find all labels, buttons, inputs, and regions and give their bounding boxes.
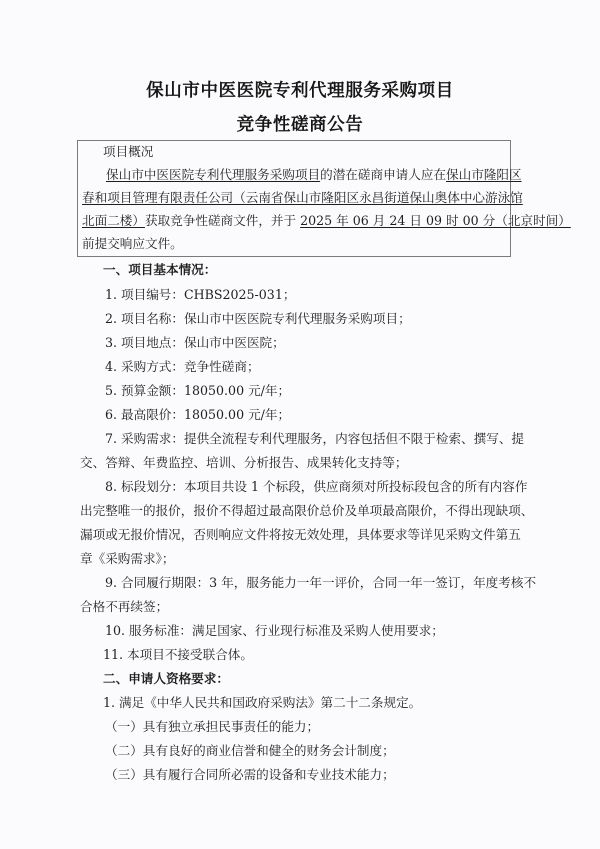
overview-line-2: 春和项目管理有限责任公司（云南省保山市隆阳区永昌街道保山奥体中心游泳馆: [82, 190, 523, 206]
section1-item-7: 7. 采购需求：提供全流程专利代理服务，内容包括但不限于检索、撰写、提: [105, 431, 524, 447]
overview-text-2: 获取竞争性磋商文件，并于: [145, 213, 300, 228]
section1-item-5: 5. 预算金额：18050.00 元/年；: [105, 383, 290, 399]
section1-item-4: 4. 采购方式：竞争性磋商；: [105, 359, 260, 375]
section1-heading: 一、项目基本情况：: [103, 262, 216, 278]
overview-text: 的潜在磋商申请人应在: [320, 167, 446, 182]
document-subtitle: 竞争性磋商公告: [0, 111, 600, 136]
section1-item-9-cont: 合格不再续签；: [80, 599, 168, 615]
agency-name: 保山市隆阳区: [446, 167, 522, 182]
section1-item-6: 6. 最高限价：18050.00 元/年；: [105, 407, 290, 423]
section1-item-8: 8. 标段划分：本项目共设 1 个标段，供应商须对所投标段包含的所有内容作: [105, 479, 527, 495]
section1-item-11: 11. 本项目不接受联合体。: [103, 647, 253, 663]
overview-heading: 项目概况: [103, 144, 153, 160]
section1-item-7-cont: 交、答辩、年费监控、培训、分析报告、成果转化支持等；: [80, 455, 407, 471]
agency-address-end: 北面二楼）: [82, 213, 145, 228]
section2-heading: 二、申请人资格要求：: [103, 671, 229, 687]
overview-line-3: 北面二楼）获取竞争性磋商文件，并于 2025 年 06 月 24 日 09 时 …: [82, 213, 571, 229]
section1-item-3: 3. 项目地点：保山市中医医院；: [105, 335, 285, 351]
section2-item-2: （一）具有独立承担民事责任的能力；: [105, 719, 319, 735]
section1-item-9: 9. 合同履行期限：3 年，服务能力一年一评价，合同一年一签订，年度考核不: [105, 575, 536, 591]
section1-item-2: 2. 项目名称：保山市中医医院专利代理服务采购项目；: [105, 311, 411, 327]
deadline: 2025 年 06 月 24 日 09 时 00 分（北京时间）: [300, 213, 571, 228]
agency-address: 春和项目管理有限责任公司（云南省保山市隆阳区永昌街道保山奥体中心游泳馆: [82, 190, 523, 205]
overview-line-4: 前提交响应文件。: [82, 236, 183, 252]
section1-item-8-cont-3: 章《采购需求》；: [80, 551, 174, 567]
document-title: 保山市中医医院专利代理服务采购项目: [0, 77, 600, 102]
overview-line-1: 保山市中医医院专利代理服务采购项目的潜在磋商申请人应在保山市隆阳区: [106, 167, 522, 183]
section1-item-8-cont-1: 出完整唯一的报价，报价不得超过最高限价总价及单项最高限价，不得出现缺项、: [80, 503, 533, 519]
section1-item-10: 10. 服务标准：满足国家、行业现行标准及采购人使用要求；: [105, 623, 444, 639]
section1-item-8-cont-2: 漏项或无报价情况，否则响应文件将按无效处理，具体要求等详见采购文件第五: [80, 527, 521, 543]
section2-item-4: （三）具有履行合同所必需的设备和专业技术能力；: [105, 767, 395, 783]
section1-item-1: 1. 项目编号：CHBS2025-031；: [105, 287, 295, 303]
project-name-link: 保山市中医医院专利代理服务采购项目: [106, 167, 320, 182]
section2-item-1: 1. 满足《中华人民共和国政府采购法》第二十二条规定。: [103, 695, 421, 711]
document-page: 保山市中医医院专利代理服务采购项目 竞争性磋商公告 项目概况 保山市中医医院专利…: [0, 0, 600, 849]
section2-item-3: （二）具有良好的商业信誉和健全的财务会计制度；: [105, 743, 395, 759]
